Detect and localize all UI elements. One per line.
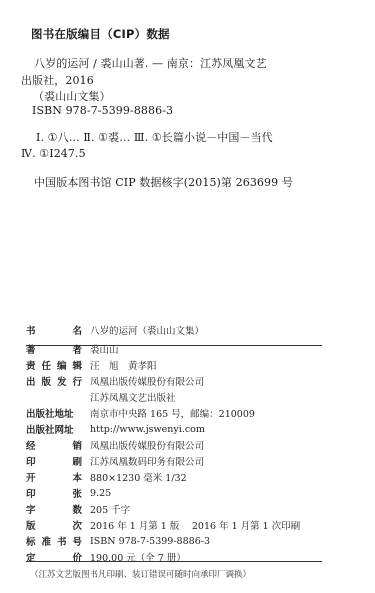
colophon-row: 出版社地址南京市中央路 165 号，邮编：210009 [26, 405, 255, 421]
colophon-value: 2016 年 1 月第 1 版 2016 年 1 月第 1 次印刷 [90, 518, 300, 532]
label-char: 数 [72, 502, 82, 516]
label-char: 辑 [72, 358, 82, 372]
colophon-value: 凤凰出版传媒股份有限公司 [90, 438, 204, 452]
colophon-row: 字数205 千字 [26, 501, 130, 517]
label-char: 出版社地址 [26, 406, 74, 420]
colophon-row: 责任编辑汪 旭 黄孝阳 [26, 357, 157, 373]
colophon-value: 汪 旭 黄孝阳 [90, 358, 157, 372]
colophon-label: 印张 [26, 486, 82, 500]
cip-title: 图书在版编目（CIP）数据 [31, 26, 170, 42]
label-char: 准 [41, 534, 51, 548]
footnote: （江苏文艺版图书凡印刷、装订错误可随时向承印厂调换） [30, 568, 251, 580]
label-char: 字 [26, 502, 36, 516]
colophon-label: 版次 [26, 518, 82, 532]
label-char: 张 [72, 486, 82, 500]
colophon-label: 书名 [26, 323, 82, 337]
colophon-label: 标准书号 [26, 534, 82, 548]
label-char: 本 [72, 470, 82, 484]
label-char: 标 [26, 534, 36, 548]
label-char: 书 [57, 534, 67, 548]
label-char: 经 [26, 438, 36, 452]
cip-line-1: 八岁的运河 / 裘山山著. — 南京：江苏凤凰文艺 [34, 55, 267, 71]
label-char: 出 [26, 374, 36, 388]
label-char: 版 [41, 374, 51, 388]
colophon-label: 字数 [26, 502, 82, 516]
colophon-value: 江苏凤凰数码印务有限公司 [90, 454, 204, 468]
label-char: 刷 [72, 454, 82, 468]
colophon-label: 出版社地址 [26, 406, 82, 420]
label-char: 开 [26, 470, 36, 484]
colophon-row: 标准书号ISBN 978-7-5399-8886-3 [26, 533, 210, 549]
colophon-value: 江苏凤凰文艺出版社 [90, 390, 176, 404]
cip-line-2: 出版社，2016 [21, 72, 94, 88]
colophon-row: 书名八岁的运河（裘山山文集） [26, 322, 204, 338]
label-char: 印 [26, 486, 36, 500]
cip-isbn: ISBN 978-7-5399-8886-3 [32, 104, 173, 117]
label-char: 书 [26, 323, 36, 337]
colophon-value: 9.25 [90, 488, 111, 499]
colophon-value: 205 千字 [90, 502, 130, 516]
colophon-label: 出版发行 [26, 374, 82, 388]
colophon-label: 印刷 [26, 454, 82, 468]
label-char: 号 [72, 534, 82, 548]
colophon-label: 责任编辑 [26, 358, 82, 372]
label-char: 名 [72, 323, 82, 337]
label-char: 版 [26, 518, 36, 532]
cip-record-number: 中国版本图书馆 CIP 数据核字(2015)第 263699 号 [34, 174, 293, 190]
cip-class-number: Ⅳ. ①I247.5 [21, 147, 86, 160]
top-rule [26, 345, 322, 346]
colophon-value: http://www.jswenyi.com [90, 424, 205, 435]
colophon-row: 经销凤凰出版传媒股份有限公司 [26, 437, 204, 453]
colophon-value: 南京市中央路 165 号，邮编：210009 [90, 406, 255, 420]
colophon-label: 经销 [26, 438, 82, 452]
colophon-value: 凤凰出版传媒股份有限公司 [90, 374, 204, 388]
colophon-label: 出版社网址 [26, 422, 82, 436]
cip-classification: Ⅰ. ①八… Ⅱ. ①裘… Ⅲ. ①长篇小说－中国－当代 [36, 129, 273, 145]
label-char: 次 [72, 518, 82, 532]
colophon-row: 版次2016 年 1 月第 1 版 2016 年 1 月第 1 次印刷 [26, 517, 300, 533]
colophon-value: 880×1230 毫米 1/32 [90, 470, 187, 484]
label-char: 发 [57, 374, 67, 388]
label-char: 行 [72, 374, 82, 388]
colophon-row: 定价190.00 元（全 7 册） [26, 549, 186, 565]
colophon-row: 印张9.25 [26, 485, 111, 501]
colophon-value: 八岁的运河（裘山山文集） [90, 323, 204, 337]
colophon-row: 出版发行凤凰出版传媒股份有限公司 [26, 373, 204, 389]
bottom-rule [26, 561, 322, 562]
colophon-row: 开本880×1230 毫米 1/32 [26, 469, 187, 485]
colophon-row: 著者裘山山 [26, 341, 119, 357]
colophon-row: 印刷江苏凤凰数码印务有限公司 [26, 453, 204, 469]
label-char: 销 [72, 438, 82, 452]
label-char: 任 [41, 358, 51, 372]
colophon-row: 出版社网址http://www.jswenyi.com [26, 421, 205, 437]
label-char: 印 [26, 454, 36, 468]
colophon-value: ISBN 978-7-5399-8886-3 [90, 536, 210, 547]
colophon-label: 开本 [26, 470, 82, 484]
label-char: 出版社网址 [26, 422, 74, 436]
colophon-row: 江苏凤凰文艺出版社 [26, 389, 176, 405]
label-char: 责 [26, 358, 36, 372]
label-char: 编 [57, 358, 67, 372]
cip-line-3: （裘山山文集） [33, 88, 111, 104]
